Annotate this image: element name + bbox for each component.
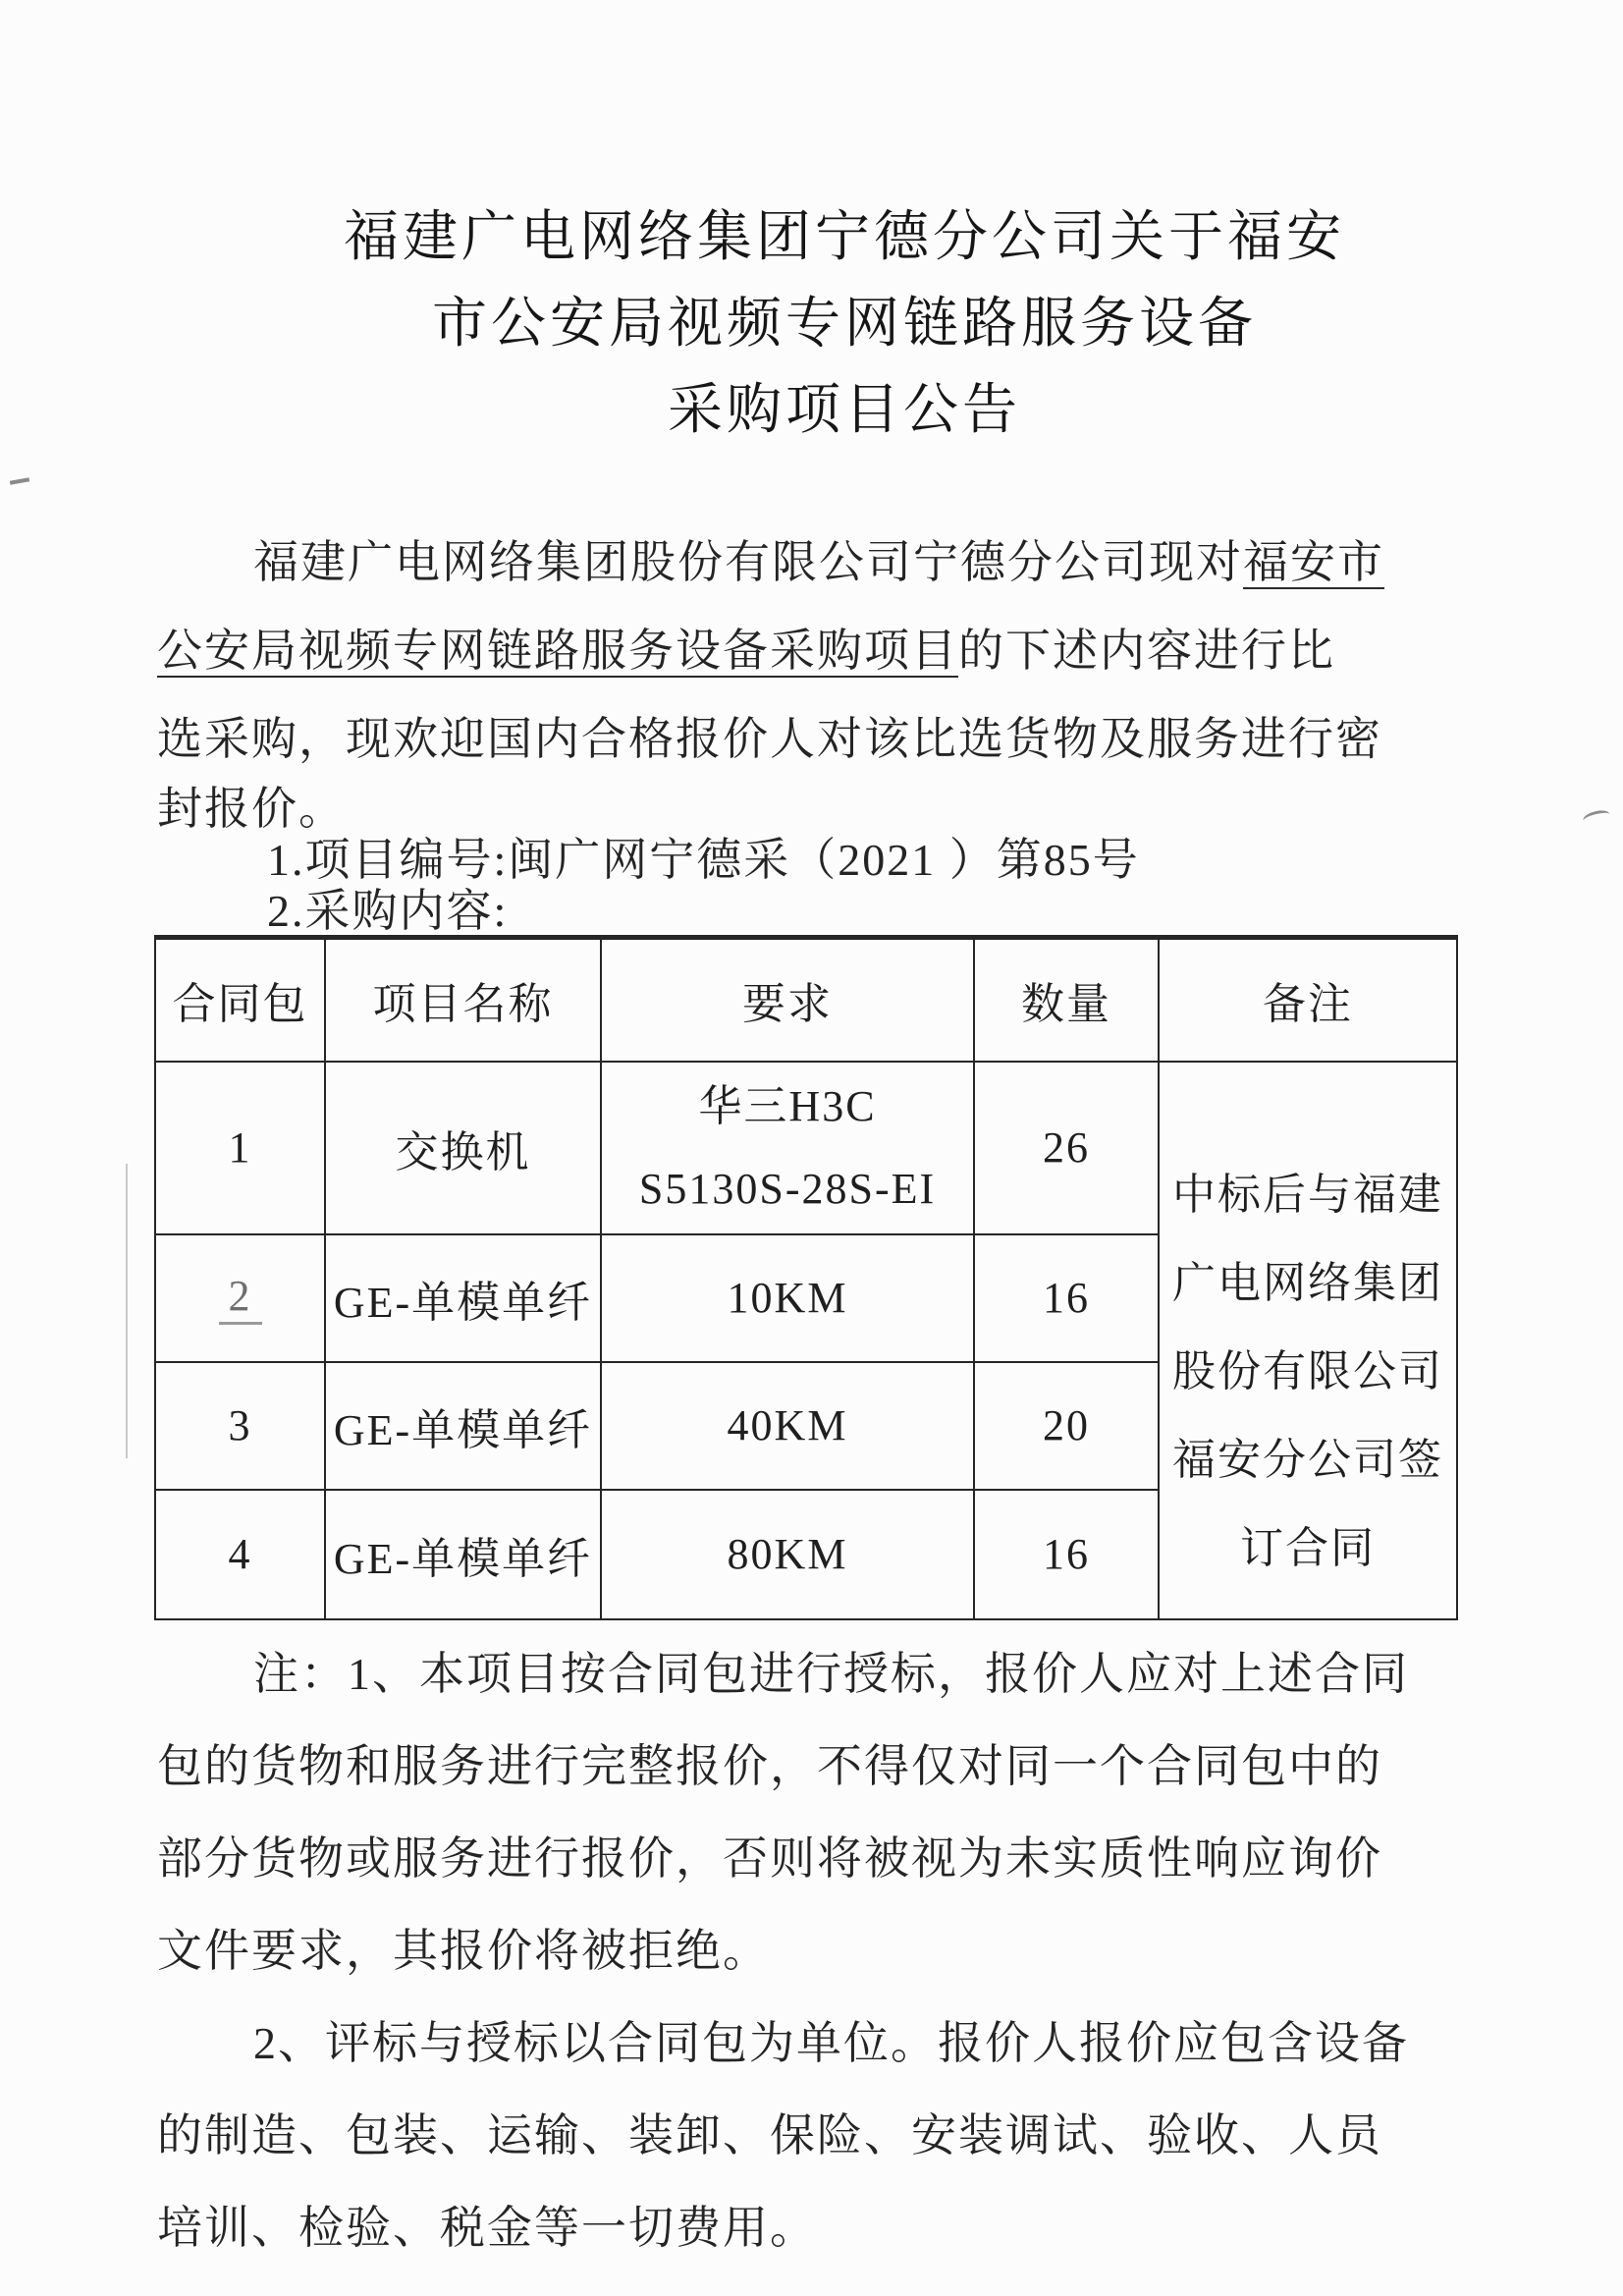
scan-artifact-dash: [1582, 808, 1611, 827]
intro-line-1-underlined: 福安市: [1243, 537, 1384, 587]
header-project-name: 项目名称: [325, 938, 601, 1062]
document-title-line-3: 采购项目公告: [295, 367, 1394, 454]
cell-package-3: 3: [155, 1362, 325, 1490]
header-remark: 备注: [1159, 938, 1457, 1062]
cell-quantity-3: 20: [974, 1362, 1159, 1490]
notes-section: 注：1、本项目按合同包进行授标，报价人应对上述合同 包的货物和服务进行完整报价，…: [157, 1628, 1473, 2274]
note-2-line-1: 2、评标与授标以合同包为单位。报价人报价应包含设备: [157, 1997, 1473, 2090]
intro-paragraph: 福建广电网络集团股份有限公司宁德分公司现对福安市 公安局视频专网链路服务设备采购…: [157, 519, 1463, 937]
cell-quantity-2: 16: [974, 1234, 1159, 1362]
remark-line: 福安分公司签: [1160, 1416, 1456, 1504]
remark-text: 中标后与福建 广电网络集团 股份有限公司 福安分公司签 订合同: [1160, 1088, 1456, 1593]
note-2-line-3: 培训、检验、税金等一切费用。: [157, 2182, 1473, 2274]
remark-line: 订合同: [1160, 1504, 1456, 1593]
table-row: 1 交换机 华三H3C S5130S-28S-EI 26 中标后与福建 广电网络…: [155, 1062, 1457, 1234]
intro-line-2-underlined: 公安局视频专网链路服务设备采购项目: [157, 626, 958, 676]
cell-remark-merged: 中标后与福建 广电网络集团 股份有限公司 福安分公司签 订合同: [1159, 1062, 1457, 1619]
intro-line-1-text: 福建广电网络集团股份有限公司宁德分公司现对: [253, 537, 1243, 587]
intro-line-2-text: 的下述内容进行比: [958, 626, 1335, 676]
intro-line-1: 福建广电网络集团股份有限公司宁德分公司现对福安市: [157, 519, 1463, 607]
cell-quantity-1: 26: [974, 1062, 1159, 1234]
cell-requirement-2: 10KM: [601, 1234, 974, 1362]
scanned-document-page: 福建广电网络集团宁德分公司关于福安 市公安局视频专网链路服务设备 采购项目公告 …: [0, 0, 1623, 2296]
document-title: 福建广电网络集团宁德分公司关于福安 市公安局视频专网链路服务设备 采购项目公告: [295, 194, 1394, 454]
remark-line: 广电网络集团: [1160, 1239, 1456, 1328]
note-1-line-1: 注：1、本项目按合同包进行授标，报价人应对上述合同: [157, 1628, 1473, 1721]
cell-quantity-4: 16: [974, 1490, 1159, 1619]
cell-requirement-1: 华三H3C S5130S-28S-EI: [601, 1062, 974, 1234]
note-1-line-4: 文件要求，其报价将被拒绝。: [157, 1905, 1473, 1997]
note-2-line-2: 的制造、包装、运输、装卸、保险、安装调试、验收、人员: [157, 2090, 1473, 2182]
scan-artifact-tick: [10, 477, 29, 484]
cell-requirement-4: 80KM: [601, 1490, 974, 1619]
intro-line-2: 公安局视频专网链路服务设备采购项目的下述内容进行比: [157, 607, 1463, 695]
document-title-line-1: 福建广电网络集团宁德分公司关于福安: [295, 194, 1394, 281]
procurement-table: 合同包 项目名称 要求 数量 备注 1 交换机 华三H3C S5130S-28S…: [154, 935, 1458, 1620]
cell-name-4: GE-单模单纤: [325, 1490, 601, 1619]
table-header-row: 合同包 项目名称 要求 数量 备注: [155, 938, 1457, 1062]
cell-name-2: GE-单模单纤: [325, 1234, 601, 1362]
cell-requirement-3: 40KM: [601, 1362, 974, 1490]
document-title-line-2: 市公安局视频专网链路服务设备: [295, 281, 1394, 367]
header-package: 合同包: [155, 938, 325, 1062]
note-1-line-3: 部分货物或服务进行报价，否则将被视为未实质性响应询价: [157, 1813, 1473, 1905]
cell-name-3: GE-单模单纤: [325, 1362, 601, 1490]
remark-line: 股份有限公司: [1160, 1328, 1456, 1416]
intro-line-3: 选采购，现欢迎国内合格报价人对该比选货物及服务进行密: [157, 695, 1463, 784]
scan-artifact-fold-line: [126, 1164, 128, 1458]
requirement-line-2: S5130S-28S-EI: [602, 1148, 973, 1230]
requirement-line-1: 华三H3C: [602, 1066, 973, 1148]
header-quantity: 数量: [974, 938, 1159, 1062]
header-requirement: 要求: [601, 938, 974, 1062]
cell-package-1: 1: [155, 1062, 325, 1234]
package-2-underlined: 2: [219, 1274, 262, 1324]
cell-package-4: 4: [155, 1490, 325, 1619]
remark-line: 中标后与福建: [1160, 1151, 1456, 1239]
purchase-content-line: 2.采购内容:: [157, 886, 1463, 937]
project-number-line: 1.项目编号:闽广网宁德采（2021 ）第85号: [157, 835, 1463, 886]
intro-line-4: 封报价。: [157, 784, 1463, 835]
note-1-line-2: 包的货物和服务进行完整报价，不得仅对同一个合同包中的: [157, 1721, 1473, 1813]
cell-name-1: 交换机: [325, 1062, 601, 1234]
cell-package-2: 2: [155, 1234, 325, 1362]
